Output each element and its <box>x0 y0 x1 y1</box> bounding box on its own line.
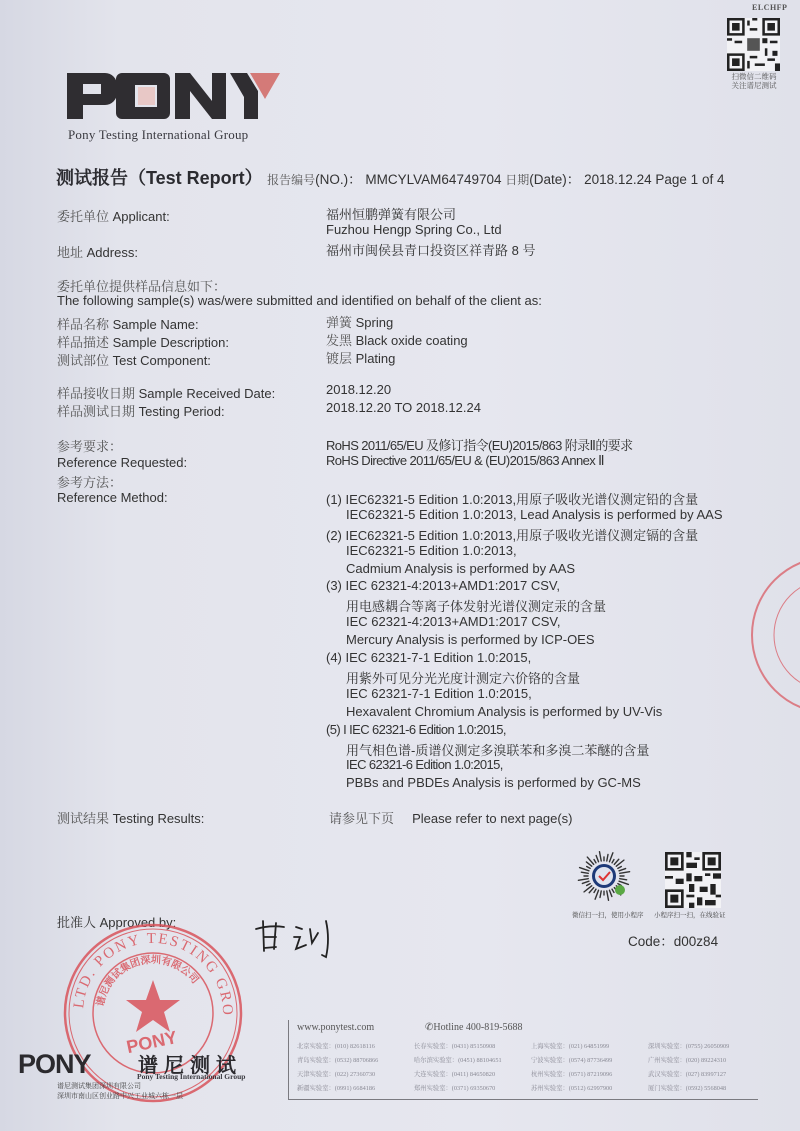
reference-method-line: (1) IEC62321-5 Edition 1.0:2013,用原子吸收光谱仪… <box>326 489 698 508</box>
reference-method-line: PBBs and PBDEs Analysis is performed by … <box>346 775 641 790</box>
sample-field-value: 发黑 Black oxide coating <box>326 330 468 349</box>
report-date: 2018.12.24 <box>584 172 652 187</box>
reference-method-line: (2) IEC62321-5 Edition 1.0:2013,用原子吸收光谱仪… <box>326 525 698 544</box>
page-info: Page 1 of 4 <box>655 172 724 187</box>
date-label-zh: 日期 <box>505 173 529 187</box>
lab-contact: 哈尔滨实验室：(0451) 88104651 <box>414 1054 531 1068</box>
lab-contact: 天津实验室：(022) 27360730 <box>297 1068 414 1082</box>
qr-caption-line1: 扫微信二维码 <box>724 72 784 81</box>
testing-period-value: 2018.12.20 TO 2018.12.24 <box>326 400 481 415</box>
report-no-label-en: (NO.)： <box>315 172 362 187</box>
sample-intro-en: The following sample(s) was/were submitt… <box>57 293 542 308</box>
reference-method-label-en: Reference Method: <box>57 490 168 505</box>
reference-method-line: Hexavalent Chromium Analysis is performe… <box>346 704 662 719</box>
mini-program-code[interactable] <box>568 846 640 906</box>
lab-contact: 宁波实验室：(0574) 87736499 <box>531 1054 648 1068</box>
logo-subtitle: Pony Testing International Group <box>68 127 248 143</box>
reference-requested-label-en: Reference Requested: <box>57 455 187 470</box>
report-title-en: （Test Report） <box>128 168 263 188</box>
verification-qr-caption: 小程序扫一扫，在线验证 <box>654 910 726 919</box>
corner-code: ELCHFP <box>752 3 787 12</box>
company-address: 谱尼测试集团深圳有限公司 深圳市南山区创业路中兴工业城六栋一层 <box>57 1082 183 1102</box>
lab-contact: 郑州实验室：(0371) 69350670 <box>414 1082 531 1096</box>
received-date-label: 样品接收日期 Sample Received Date: <box>57 383 275 402</box>
reference-method-line: 用紫外可见分光光度计测定六价铬的含量 <box>346 668 580 687</box>
edge-seal <box>745 555 800 715</box>
testing-results-label: 测试结果 Testing Results: <box>57 808 204 827</box>
testing-results-value: 请参见下页 Please refer to next page(s) <box>329 808 573 827</box>
reference-method-line: IEC 62321-7-1 Edition 1.0:2015, <box>346 686 532 701</box>
address-value: 福州市闽侯县青口投资区祥青路 8 号 <box>326 240 535 259</box>
applicant-name-zh: 福州恒鹏弹簧有限公司 <box>326 204 456 223</box>
lab-contact: 青岛实验室：(0532) 88706866 <box>297 1054 414 1068</box>
lab-contact: 长春实验室：(0431) 85150908 <box>414 1040 531 1054</box>
verification-qr-code[interactable] <box>665 852 721 908</box>
footer-hotline: ✆Hotline 400-819-5688 <box>425 1022 523 1033</box>
bottom-logo: PONY <box>18 1049 91 1080</box>
lab-contact: 上海实验室：(021) 64851999 <box>531 1040 648 1054</box>
reference-method-label-zh: 参考方法： <box>57 472 122 491</box>
sample-field-label: 测试部位 Test Component: <box>57 350 211 369</box>
lab-contact: 深圳实验室：(0755) 26050909 <box>648 1040 765 1054</box>
bottom-logo-en: PONY <box>18 1049 91 1079</box>
sample-field-value: 弹簧 Spring <box>326 312 393 331</box>
report-number: MMCYLVAM64749704 <box>365 172 501 187</box>
report-title-zh: 测试报告 <box>56 168 128 188</box>
sample-field-value: 镀层 Plating <box>326 348 395 367</box>
testing-period-label: 样品测试日期 Testing Period: <box>57 401 225 420</box>
reference-method-line: IEC 62321-6 Edition 1.0:2015, <box>346 757 503 772</box>
lab-contact: 大连实验室：(0411) 84650820 <box>414 1068 531 1082</box>
signature <box>250 915 340 965</box>
reference-method-line: IEC62321-5 Edition 1.0:2013, <box>346 543 517 558</box>
received-date-value: 2018.12.20 <box>326 382 391 397</box>
applicant-label: 委托单位 Applicant: <box>57 206 170 225</box>
reference-method-line: (3) IEC 62321-4:2013+AMD1:2017 CSV, <box>326 578 560 593</box>
reference-method-line: (5) I IEC 62321-6 Edition 1.0:2015, <box>326 722 506 737</box>
reference-method-line: IEC62321-5 Edition 1.0:2013, Lead Analys… <box>346 507 723 522</box>
report-title-line: 测试报告（Test Report） 报告编号(NO.)： MMCYLVAM647… <box>56 164 724 190</box>
footer-website[interactable]: www.ponytest.com <box>297 1022 374 1033</box>
footer-divider-vertical <box>288 1020 289 1100</box>
reference-method-line: Mercury Analysis is performed by ICP-OES <box>346 632 595 647</box>
pony-logo <box>67 70 282 122</box>
reference-method-line: (4) IEC 62321-7-1 Edition 1.0:2015, <box>326 650 531 665</box>
wechat-qr-code[interactable] <box>727 18 780 71</box>
sample-field-label: 样品名称 Sample Name: <box>57 314 199 333</box>
lab-contact: 广州实验室：(020) 89224310 <box>648 1054 765 1068</box>
qr-caption-line2: 关注谱尼测试 <box>724 81 784 90</box>
applicant-name-en: Fuzhou Hengp Spring Co., Ltd <box>326 222 502 237</box>
reference-requested-value-zh: RoHS 2011/65/EU 及修订指令(EU)2015/863 附录Ⅱ的要求 <box>326 435 633 454</box>
reference-method-line: Cadmium Analysis is performed by AAS <box>346 561 575 576</box>
reference-method-line: IEC 62321-4:2013+AMD1:2017 CSV, <box>346 614 561 629</box>
address-label: 地址 Address: <box>57 242 138 261</box>
reference-method-line: 用电感耦合等离子体发射光谱仪测定汞的含量 <box>346 596 606 615</box>
qr-caption: 扫微信二维码 关注谱尼测试 <box>724 72 784 90</box>
lab-contact: 武汉实验室：(027) 83997127 <box>648 1068 765 1082</box>
reference-requested-value-en: RoHS Directive 2011/65/EU & (EU)2015/863… <box>326 453 604 469</box>
footer-divider-horizontal <box>288 1099 758 1100</box>
lab-contact: 厦门实验室：(0592) 5568048 <box>648 1082 765 1096</box>
lab-contact: 北京实验室：(010) 82618116 <box>297 1040 414 1054</box>
report-no-label-zh: 报告编号 <box>267 173 315 187</box>
lab-contact: 杭州实验室：(0571) 87219096 <box>531 1068 648 1082</box>
code-label: Code： <box>628 934 674 949</box>
bottom-logo-subtitle: Pony Testing International Group <box>137 1072 245 1081</box>
verification-code: Code：d00z84 <box>628 930 718 950</box>
date-label-en: (Date)： <box>529 172 580 187</box>
code-value: d00z84 <box>674 934 718 949</box>
lab-contact: 苏州实验室：(0512) 62997900 <box>531 1082 648 1096</box>
lab-contact: 新疆实验室：(0991) 6684186 <box>297 1082 414 1096</box>
lab-contacts: 北京实验室：(010) 82618116长春实验室：(0431) 8515090… <box>297 1040 767 1096</box>
reference-requested-label-zh: 参考要求： <box>57 436 122 455</box>
sample-field-label: 样品描述 Sample Description: <box>57 332 229 351</box>
mini-program-caption: 微信扫一扫，使用小程序 <box>572 910 644 919</box>
